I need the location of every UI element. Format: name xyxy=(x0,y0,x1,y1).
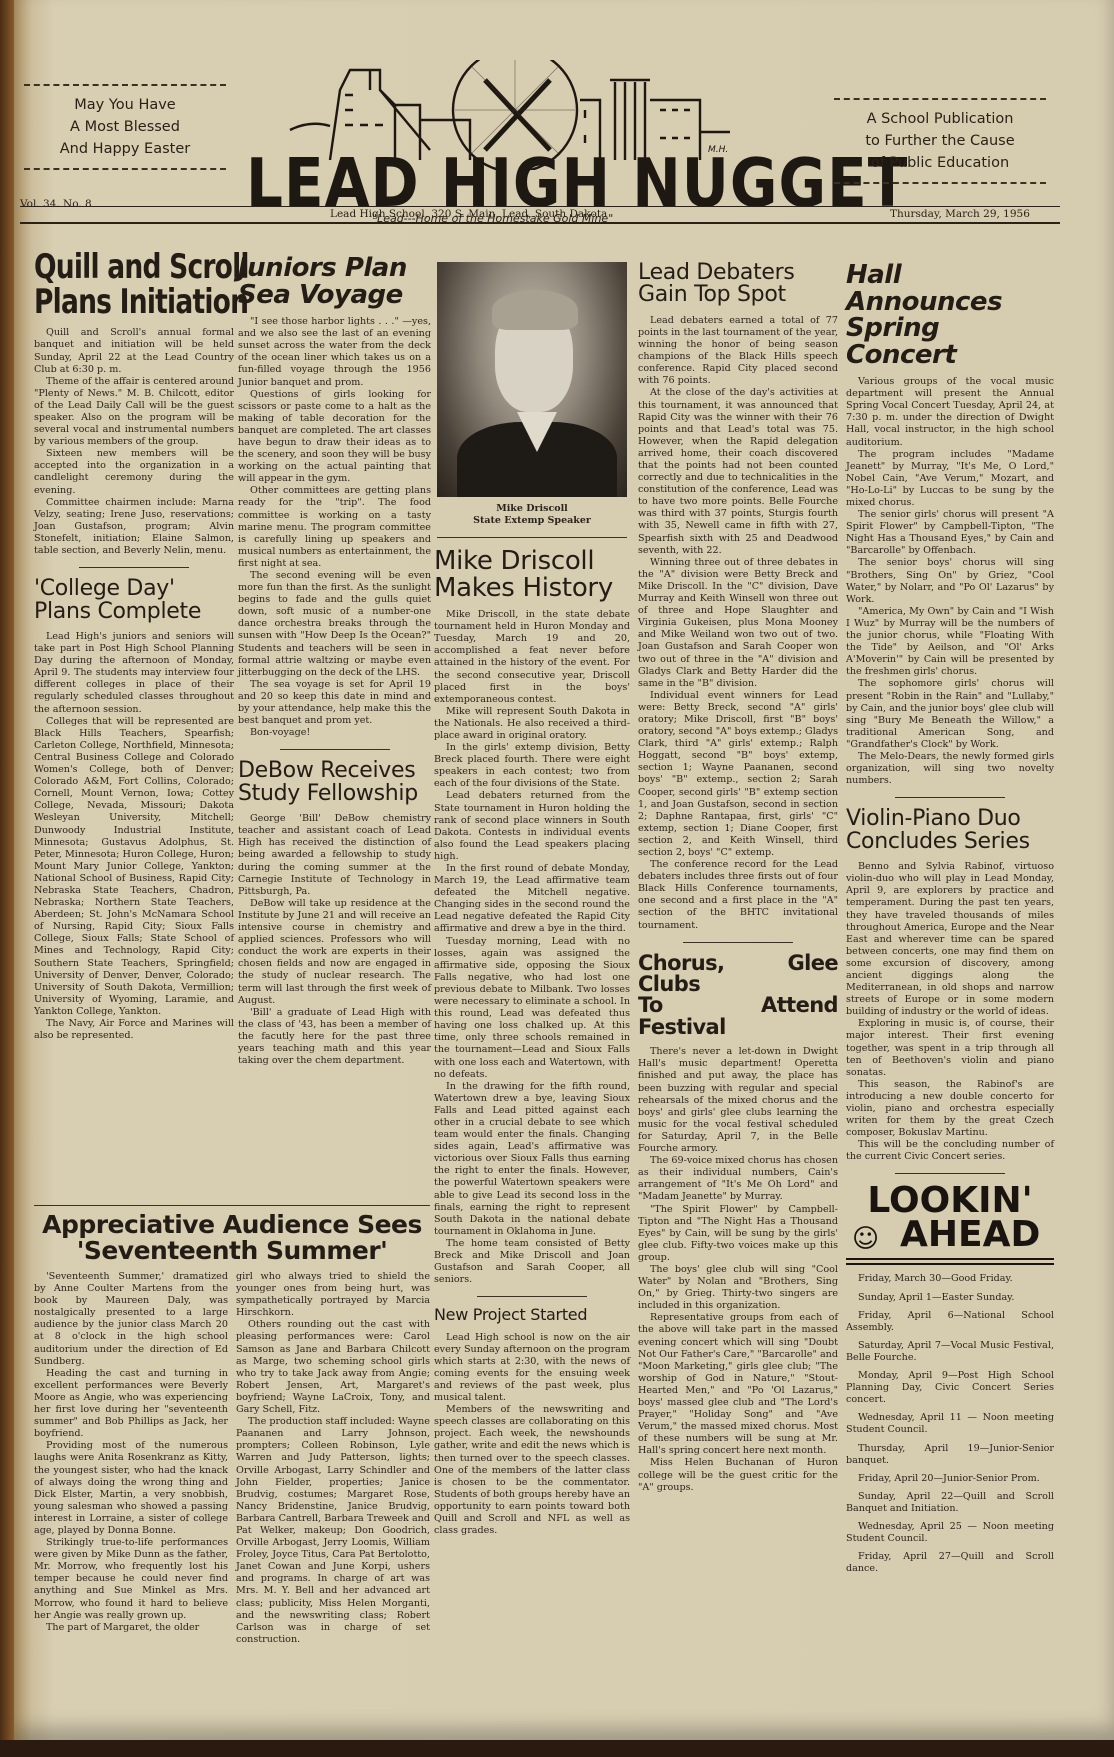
paragraph: The boys' glee club will sing "Cool Wate… xyxy=(638,1264,838,1312)
paragraph: 'Seventeenth Summer,' dramatized by Anne… xyxy=(34,1271,228,1368)
greeting-line: A Most Blessed xyxy=(20,116,230,138)
headline: New Project Started xyxy=(434,1307,630,1323)
column-2: Juniors PlanSea Voyage "I see those harb… xyxy=(238,255,431,1067)
paragraph: There's never a let-down in Dwight Hall'… xyxy=(638,1046,838,1155)
masthead-logo: M.H. LEAD HIGH NUGGET xyxy=(230,60,840,210)
greeting-line: And Happy Easter xyxy=(20,138,230,160)
paragraph: Miss Helen Buchanan of Huron college wil… xyxy=(638,1457,838,1493)
lookin-ahead-logo: LOOKIN' ☺ AHEAD xyxy=(860,1184,1040,1252)
paragraph: The second evening will be even more fun… xyxy=(238,570,431,679)
paragraph: In the first round of debate Monday, Mar… xyxy=(434,863,630,936)
paragraph: This season, the Rabinof's are introduci… xyxy=(846,1079,1054,1139)
motto-line: to Further the Cause xyxy=(830,130,1050,152)
paragraph: Quill and Scroll's annual formal banquet… xyxy=(34,327,234,375)
paragraph: Individual event winners for Lead were: … xyxy=(638,690,838,859)
paragraph: Sixteen new members will be accepted int… xyxy=(34,448,234,496)
headline: Appreciative Audience Sees'Seventeenth S… xyxy=(34,1212,430,1263)
article-college-day: 'College Day'Plans Complete Lead High's … xyxy=(34,578,234,1042)
paragraph: The sea voyage is set for April 19 and 2… xyxy=(238,679,431,727)
calendar-event: Sunday, April 22—Quill and Scroll Banque… xyxy=(846,1491,1054,1515)
masthead-rule xyxy=(20,206,1060,207)
paragraph: Various groups of the vocal music depart… xyxy=(846,376,1054,449)
paragraph: Lead debaters earned a total of 77 point… xyxy=(638,315,838,388)
article-separator xyxy=(895,797,1005,798)
paragraph: Lead High school is now on the air every… xyxy=(434,1332,630,1405)
paragraph: The program includes "Madame Jeanett" by… xyxy=(846,449,1054,509)
paragraph: In the drawing for the fifth round, Wate… xyxy=(434,1081,630,1238)
column-1: Quill and ScrollPlans Initiation Quill a… xyxy=(34,250,234,1042)
peeking-face-icon: ☺ xyxy=(852,1222,879,1256)
paragraph: Winning three out of three debates in th… xyxy=(638,557,838,690)
paragraph: The sophomore girls' chorus will present… xyxy=(846,678,1054,751)
calendar-event: Friday, March 30—Good Friday. xyxy=(846,1273,1054,1285)
paragraph: Members of the newswriting and speech cl… xyxy=(434,1404,630,1537)
calendar-event: Monday, April 9—Post High School Plannin… xyxy=(846,1370,1054,1406)
greeting-line: May You Have xyxy=(20,94,230,116)
page-bottom-edge xyxy=(0,1740,1114,1757)
article-debaters-top-spot: Lead DebatersGain Top Spot Lead debaters… xyxy=(638,262,838,932)
paragraph: "I see those harbor lights . . ." —yes, … xyxy=(238,316,431,389)
headline: Hall AnnouncesSpring Concert xyxy=(846,262,1054,368)
article-violin-piano-duo: Violin-Piano DuoConcludes Series Benno a… xyxy=(846,808,1054,1163)
article-separator xyxy=(683,942,793,943)
decorative-rule xyxy=(846,1258,1054,1265)
decorative-rule xyxy=(24,168,226,170)
calendar-event: Thursday, April 19—Junior-Senior banquet… xyxy=(846,1443,1054,1467)
article-separator xyxy=(437,537,627,538)
easter-greeting: May You Have A Most Blessed And Happy Ea… xyxy=(20,86,230,168)
paragraph: Lead debaters returned from the State to… xyxy=(434,790,630,863)
article-separator xyxy=(79,567,189,568)
article-new-project: New Project Started Lead High school is … xyxy=(434,1307,630,1537)
paragraph: Benno and Sylvia Rabinof, virtuoso violi… xyxy=(846,861,1054,1018)
school-address: Lead High School, 320 S. Main, Lead, Sou… xyxy=(330,208,607,220)
headline: Violin-Piano DuoConcludes Series xyxy=(846,808,1054,853)
headline: Chorus, Glee ClubsTo Attend Festival xyxy=(638,953,838,1039)
paragraph: The part of Margaret, the older xyxy=(34,1622,228,1634)
paragraph: Tuesday morning, Lead with no losses, ag… xyxy=(434,936,630,1081)
article-column: 'Seventeenth Summer,' dramatized by Anne… xyxy=(34,1271,228,1646)
paragraph: Exploring in music is, of course, their … xyxy=(846,1018,1054,1078)
headline: DeBow ReceivesStudy Fellowship xyxy=(238,760,431,805)
article-body: 'Seventeenth Summer,' dramatized by Anne… xyxy=(34,1271,430,1646)
paragraph: Representative groups from each of the a… xyxy=(638,1312,838,1457)
paragraph: George 'Bill' DeBow chemistry teacher an… xyxy=(238,813,431,898)
calendar-event: Friday, April 20—Junior-Senior Prom. xyxy=(846,1473,1054,1485)
paragraph: "The Spirit Flower" by Campbell-Tipton a… xyxy=(638,1204,838,1264)
paragraph: Mike Driscoll, in the state debate tourn… xyxy=(434,609,630,706)
binding-spine xyxy=(0,0,14,1757)
article-separator xyxy=(280,749,390,750)
paragraph: girl who always tried to shield the youn… xyxy=(236,1271,430,1319)
column-4: Lead DebatersGain Top Spot Lead debaters… xyxy=(638,262,838,1494)
paragraph: The production staff included: Wayne Paa… xyxy=(236,1416,430,1646)
paragraph: Strikingly true-to-life performances wer… xyxy=(34,1537,228,1622)
lookin-ahead-calendar: LOOKIN' ☺ AHEAD Friday, March 30—Good Fr… xyxy=(846,1184,1054,1575)
article-chorus-festival: Chorus, Glee ClubsTo Attend Festival The… xyxy=(638,953,838,1494)
decorative-rule xyxy=(834,182,1046,184)
headline: Mike DriscollMakes History xyxy=(434,548,630,601)
paragraph: At the close of the day's activities at … xyxy=(638,387,838,556)
paragraph: The senior girls' chorus will present "A… xyxy=(846,509,1054,557)
paragraph: Bon-voyage! xyxy=(238,727,431,739)
paragraph: Providing most of the numerous laughs we… xyxy=(34,1440,228,1537)
article-debow-fellowship: DeBow ReceivesStudy Fellowship George 'B… xyxy=(238,760,431,1067)
article-hall-spring-concert: Hall AnnouncesSpring Concert Various gro… xyxy=(846,262,1054,787)
paragraph: The home team consisted of Betty Breck a… xyxy=(434,1238,630,1286)
paragraph: Committee chairmen include: Marna Velzy,… xyxy=(34,497,234,557)
paragraph: Theme of the affair is centered around "… xyxy=(34,376,234,449)
paragraph: Heading the cast and turning in excellen… xyxy=(34,1368,228,1441)
calendar-event: Friday, April 27—Quill and Scroll dance. xyxy=(846,1551,1054,1575)
headline: 'College Day'Plans Complete xyxy=(34,578,234,623)
masthead-rule xyxy=(20,222,1060,224)
paragraph: The Navy, Air Force and Marines will als… xyxy=(34,1018,234,1042)
motto-line: A School Publication xyxy=(830,108,1050,130)
paragraph: "America, My Own" by Cain and "I Wish I … xyxy=(846,606,1054,679)
column-3: Mike DriscollState Extemp Speaker Mike D… xyxy=(434,262,630,1537)
article-column: girl who always tried to shield the youn… xyxy=(236,1271,430,1646)
easter-greeting-box: May You Have A Most Blessed And Happy Ea… xyxy=(20,84,230,170)
paragraph: The Melo-Dears, the newly formed girls o… xyxy=(846,751,1054,787)
headline: Juniors PlanSea Voyage xyxy=(238,255,431,308)
paragraph: The senior boys' chorus will sing "Broth… xyxy=(846,557,1054,605)
motto-line: of Public Education xyxy=(830,152,1050,174)
paragraph: Colleges that will be represented are Bl… xyxy=(34,716,234,1018)
calendar-event: Wednesday, April 25 — Noon meeting Stude… xyxy=(846,1521,1054,1545)
photo-mike-driscoll: Mike DriscollState Extemp Speaker xyxy=(434,262,630,527)
calendar-event: Wednesday, April 11 — Noon meeting Stude… xyxy=(846,1412,1054,1436)
paragraph: The conference record for the Lead debat… xyxy=(638,859,838,932)
paragraph: Other committees are getting plans ready… xyxy=(238,485,431,570)
calendar-event: Friday, April 6—National School Assembly… xyxy=(846,1310,1054,1334)
paragraph: DeBow will take up residence at the Inst… xyxy=(238,898,431,1007)
paragraph: Lead High's juniors and seniors will tak… xyxy=(34,631,234,716)
article-juniors-sea-voyage: Juniors PlanSea Voyage "I see those harb… xyxy=(238,255,431,739)
paragraph: Others rounding out the cast with pleasi… xyxy=(236,1319,430,1416)
calendar-event: Sunday, April 1—Easter Sunday. xyxy=(846,1292,1054,1304)
issue-date: Thursday, March 29, 1956 xyxy=(890,208,1030,220)
article-separator xyxy=(895,1173,1005,1174)
headline: Quill and ScrollPlans Initiation xyxy=(34,250,190,319)
paragraph: 'Bill' a graduate of Lead High with the … xyxy=(238,1007,431,1067)
article-seventeenth-summer: Appreciative Audience Sees'Seventeenth S… xyxy=(34,1205,430,1646)
paragraph: Mike will represent South Dakota in the … xyxy=(434,706,630,742)
publication-motto: A School Publication to Further the Caus… xyxy=(830,100,1050,182)
paragraph: In the girls' extemp division, Betty Bre… xyxy=(434,742,630,790)
photo-caption: Mike DriscollState Extemp Speaker xyxy=(434,503,630,527)
portrait-photo xyxy=(437,262,627,497)
article-separator xyxy=(477,1296,587,1297)
headline: Lead DebatersGain Top Spot xyxy=(638,262,838,307)
volume-number: Vol. 34. No. 8 xyxy=(20,198,92,210)
paragraph: Questions of girls looking for scissors … xyxy=(238,389,431,486)
column-5: Hall AnnouncesSpring Concert Various gro… xyxy=(846,262,1054,1581)
calendar-event: Saturday, April 7—Vocal Music Festival, … xyxy=(846,1340,1054,1364)
paragraph: The 69-voice mixed chorus has chosen as … xyxy=(638,1155,838,1203)
article-quill-and-scroll: Quill and ScrollPlans Initiation Quill a… xyxy=(34,250,234,557)
article-driscoll-history: Mike DriscollMakes History Mike Driscoll… xyxy=(434,548,630,1286)
paragraph: This will be the concluding number of th… xyxy=(846,1139,1054,1163)
publication-motto-box: A School Publication to Further the Caus… xyxy=(830,98,1050,184)
